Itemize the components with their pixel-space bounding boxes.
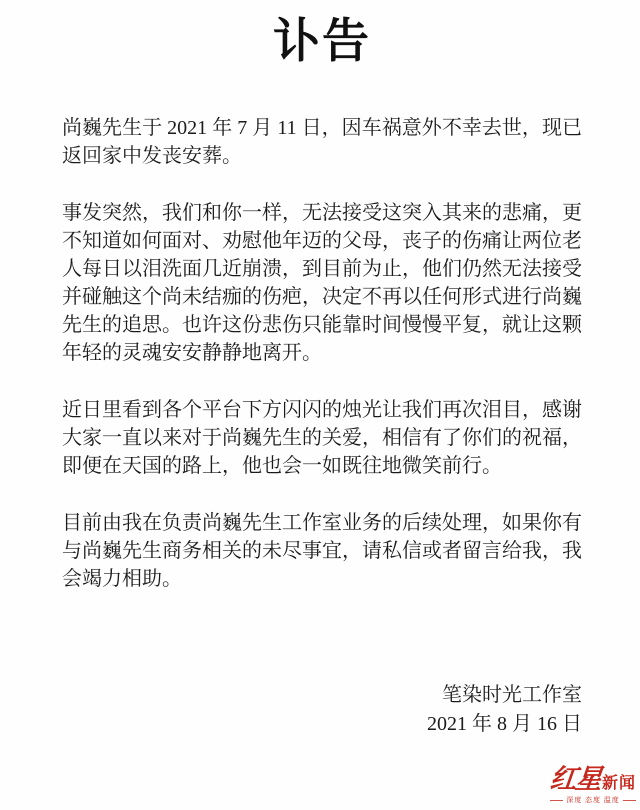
tagline-right-line xyxy=(623,800,636,801)
logo-brand-row: 红星 新闻 xyxy=(550,766,636,793)
paragraph-death-notice: 尚巍先生于 2021 年 7 月 11 日，因车祸意外不幸去世，现已返回家中发丧… xyxy=(62,114,582,170)
signature-date: 2021 年 8 月 16 日 xyxy=(62,710,582,739)
signature-block: 笔染时光工作室 2021 年 8 月 16 日 xyxy=(62,681,582,739)
paragraph-family-grief: 事发突然，我们和你一样，无法接受这突入其来的悲痛，更不知道如何面对、劝慰他年迈的… xyxy=(62,199,582,367)
paragraph-gratitude: 近日里看到各个平台下方闪闪的烛光让我们再次泪目，感谢大家一直以来对于尚巍先生的关… xyxy=(62,396,582,480)
logo-brand-regular-text: 新闻 xyxy=(602,776,636,792)
paragraph-business-affairs: 目前由我在负责尚巍先生工作室业务的后续处理，如果你有与尚巍先生商务相关的未尽事宜… xyxy=(62,509,582,593)
logo-tagline-row: 深度 态度 温度 xyxy=(550,796,636,804)
signature: 笔染时光工作室 xyxy=(62,681,582,710)
tagline-left-line xyxy=(550,800,563,801)
logo-tagline: 深度 态度 温度 xyxy=(566,796,620,804)
obituary-document: 讣告 尚巍先生于 2021 年 7 月 11 日，因车祸意外不幸去世，现已返回家… xyxy=(0,0,640,810)
page-title: 讣告 xyxy=(62,14,582,70)
red-star-news-logo: 红星 新闻 深度 态度 温度 xyxy=(550,766,636,804)
logo-brand-script-text: 红星 xyxy=(549,766,602,793)
